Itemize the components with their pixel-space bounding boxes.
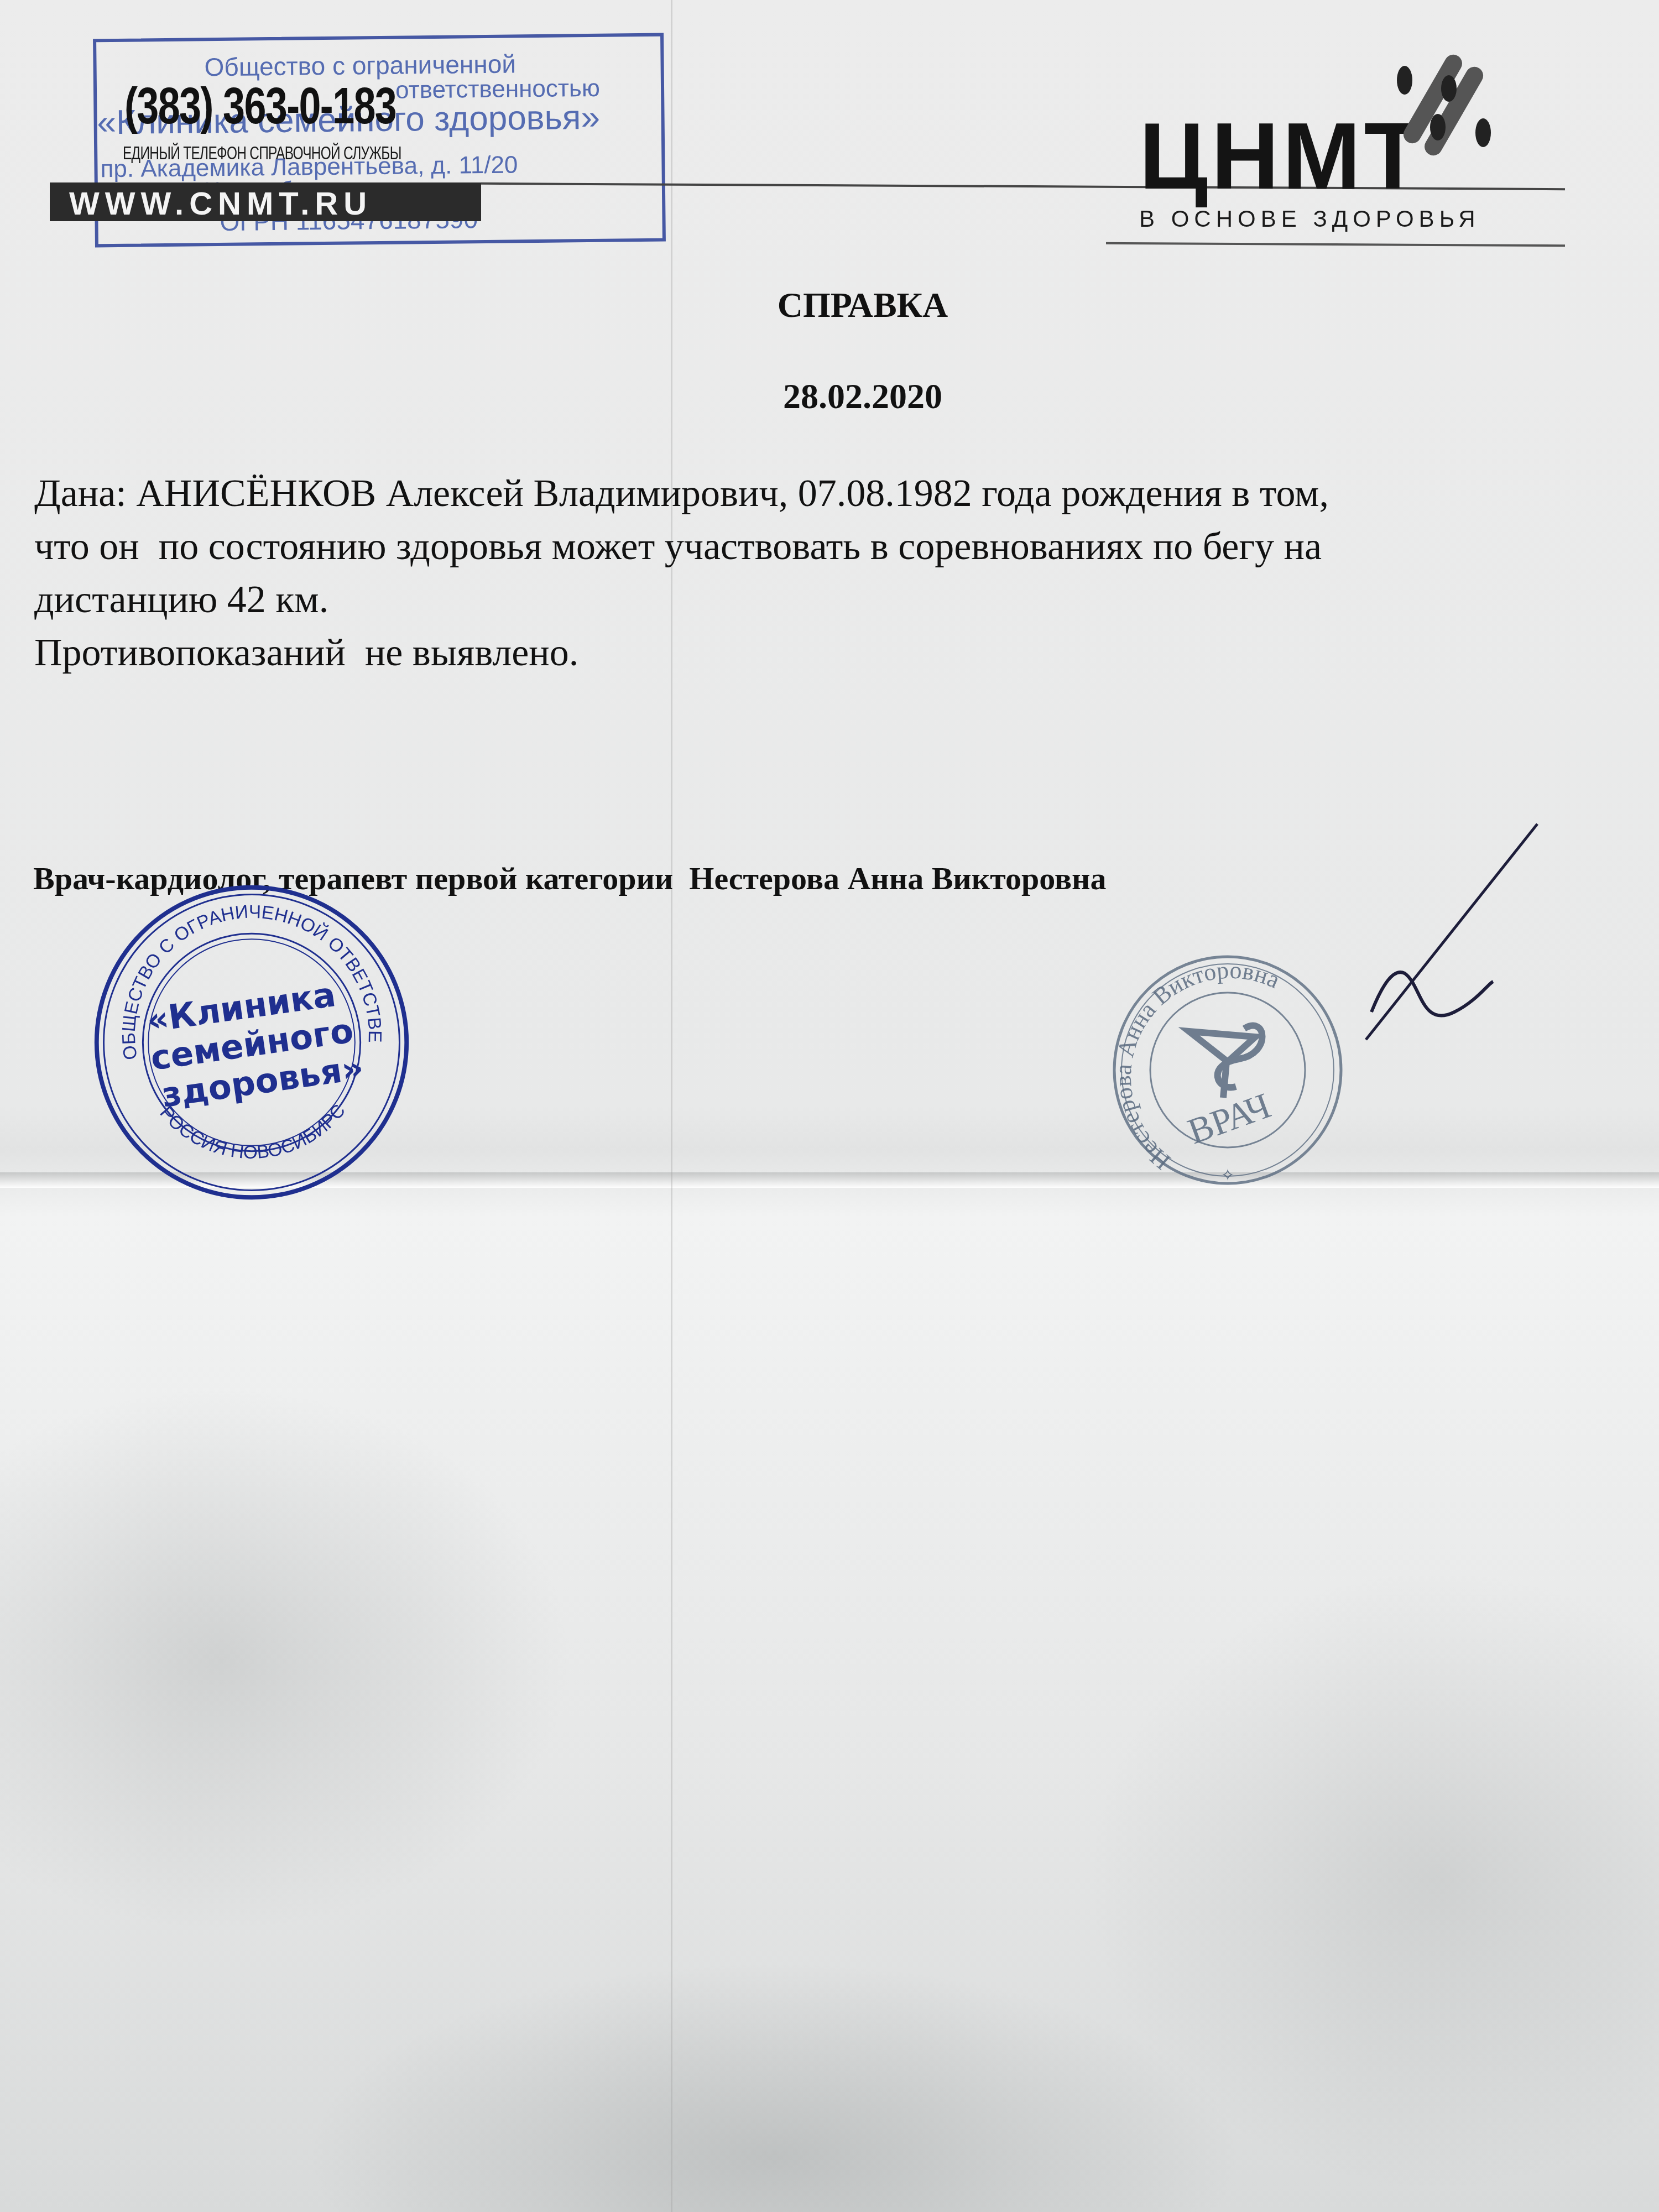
body-line: дистанцию 42 км. bbox=[34, 573, 1649, 627]
handwritten-signature bbox=[1349, 818, 1559, 1051]
body-line: Дана: АНИСЁНКОВ Алексей Владимирович, 07… bbox=[34, 467, 1649, 520]
phone-number: (383) 363-0-183 bbox=[124, 77, 396, 135]
doctor-personal-seal: Нестерова Анна Викторовна ВРАЧ ✧ bbox=[1106, 948, 1349, 1192]
brand-tagline: В ОСНОВЕ ЗДОРОВЬЯ bbox=[1139, 206, 1480, 232]
document-date: 28.02.2020 bbox=[0, 376, 1659, 417]
body-line: Противопоказаний не выявлено. bbox=[34, 627, 1649, 680]
brand-logo-text: ЦНМТ bbox=[1139, 102, 1425, 211]
doctor-seal-center-text: ВРАЧ bbox=[1183, 1086, 1276, 1152]
body-line: что он по состоянию здоровья может участ… bbox=[34, 520, 1649, 573]
helpline-label: ЕДИНЫЙ ТЕЛЕФОН СПРАВОЧНОЙ СЛУЖБЫ bbox=[123, 143, 401, 164]
website-link: WWW.CNMT.RU bbox=[69, 185, 372, 222]
clinic-round-seal: ОБЩЕСТВО С ОГРАНИЧЕННОЙ ОТВЕТСТВЕННОСТЬЮ… bbox=[88, 879, 415, 1206]
bowl-of-hygieia-icon bbox=[1189, 1026, 1262, 1098]
document-title: СПРАВКА bbox=[0, 285, 1659, 326]
star-icon: ✧ bbox=[1220, 1166, 1234, 1185]
document-body: Дана: АНИСЁНКОВ Алексей Владимирович, 07… bbox=[34, 467, 1649, 680]
vertical-fold bbox=[671, 0, 672, 2212]
brand-logo-icon bbox=[1388, 50, 1499, 160]
